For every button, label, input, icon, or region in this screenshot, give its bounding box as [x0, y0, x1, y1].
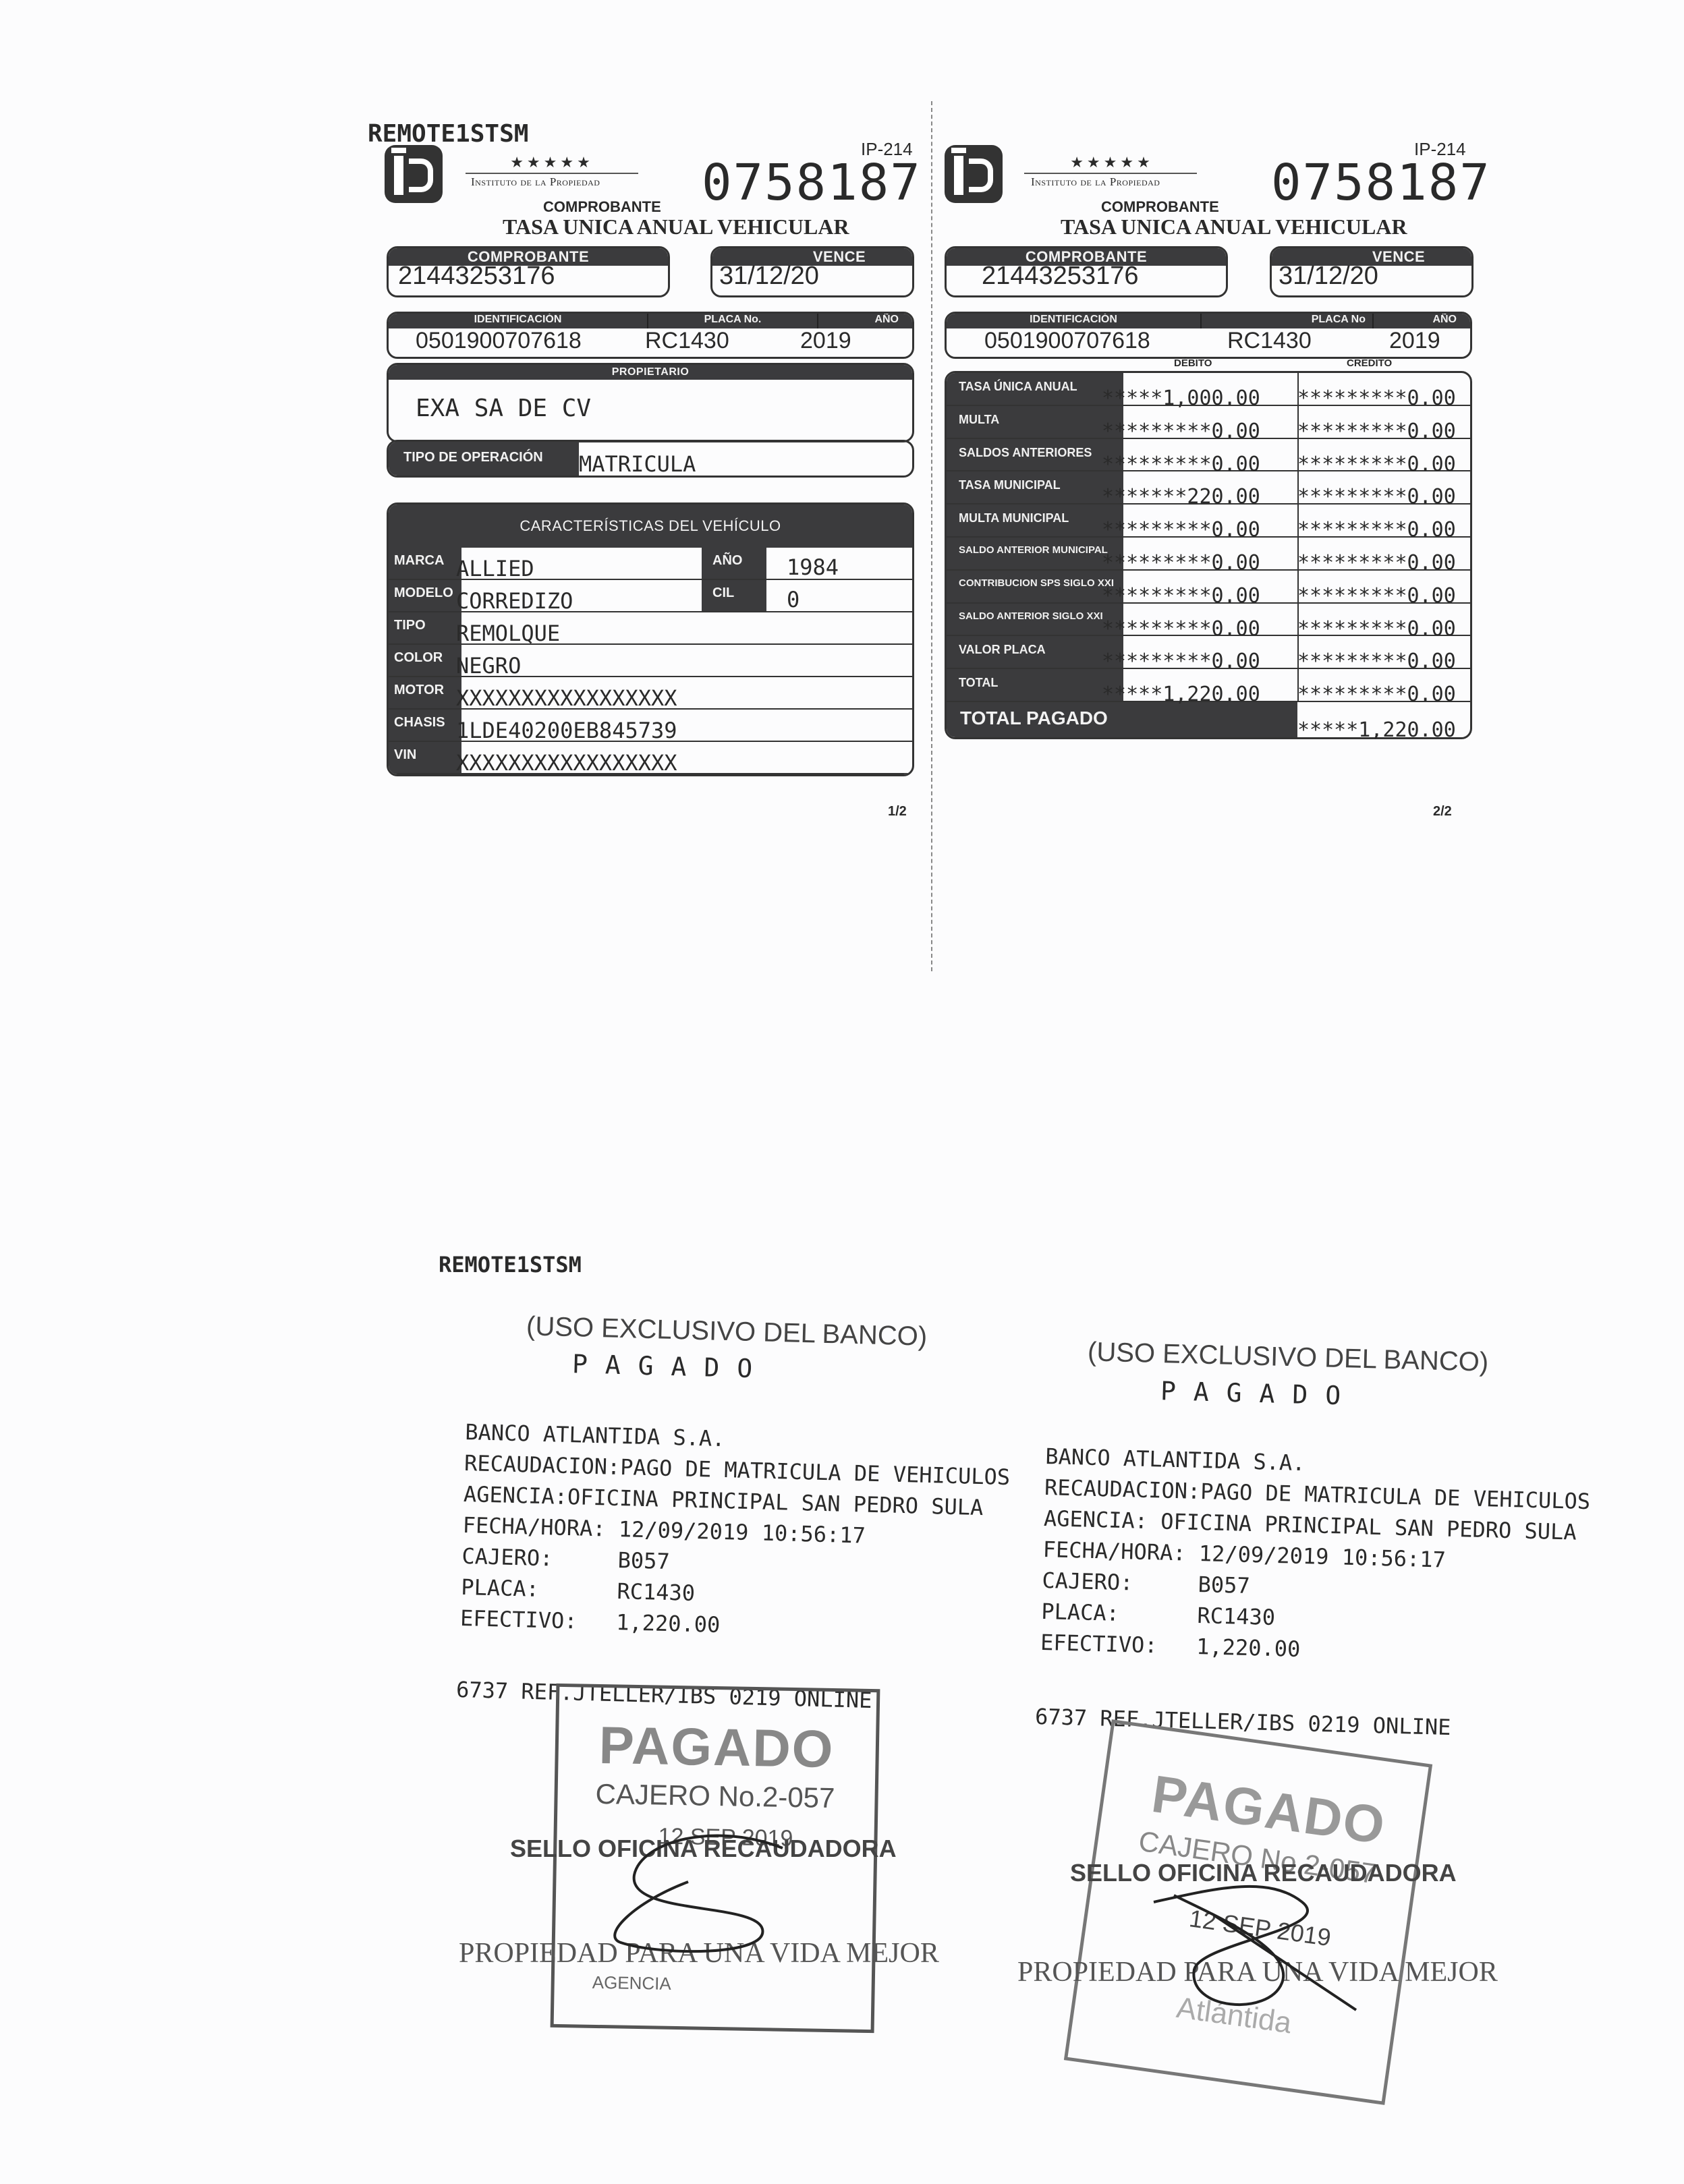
- propietario-label: PROPIETARIO: [389, 365, 912, 380]
- charge-label: TASA ÚNICA ANUAL: [959, 380, 1077, 394]
- voucher-title: TASA UNICA ANUAL VEHICULAR: [503, 214, 849, 239]
- page-number: 2/2: [1433, 804, 1452, 820]
- charge-credito: *********0.00: [1297, 650, 1456, 673]
- vence-field: VENCE 31/12/20: [1270, 246, 1473, 297]
- serial-number: 0758187: [702, 154, 922, 212]
- signature-icon: [1133, 1875, 1376, 2030]
- tipo-operacion-label: TIPO DE OPERACIÓN: [389, 442, 579, 476]
- identificacion-label: IDENTIFICACIÓN: [947, 314, 1200, 328]
- stars-icon: ★★★★★: [1031, 154, 1193, 171]
- comprobante-field: COMPROBANTE 21443253176: [387, 246, 670, 297]
- receipt-lines: BANCO ATLANTIDA S.A.RECAUDACION:PAGO DE …: [460, 1416, 1011, 1648]
- anio-label: AÑO: [1372, 314, 1470, 328]
- propietario-field: PROPIETARIO EXA SA DE CV: [387, 363, 914, 442]
- charge-credito: *********0.00: [1297, 683, 1456, 706]
- charge-label: SALDO ANTERIOR SIGLO XXI: [959, 610, 1103, 622]
- vehicle-row: VINXXXXXXXXXXXXXXXXX: [389, 742, 912, 774]
- anio-value: 2019: [1389, 328, 1470, 353]
- vehicle-field-value: CORREDIZO: [456, 588, 573, 614]
- page-number: 1/2: [888, 804, 907, 820]
- header-code: REMOTE1STSM: [368, 120, 528, 148]
- charge-credito: *********0.00: [1297, 485, 1456, 509]
- vehicle-field-label: VIN: [389, 742, 461, 773]
- vehicle-cil-value: 0: [787, 587, 799, 612]
- vehicle-field-value: XXXXXXXXXXXXXXXXX: [456, 685, 677, 711]
- voucher-title: TASA UNICA ANUAL VEHICULAR: [1061, 214, 1407, 239]
- header-code: REMOTE1STSM: [439, 1252, 582, 1277]
- propietario-value: EXA SA DE CV: [389, 380, 912, 422]
- vehicle-row: TIPOREMOLQUE: [389, 612, 912, 645]
- tipo-operacion-value: MATRICULA: [579, 442, 696, 476]
- stamp-title: PAGADO: [598, 1715, 835, 1780]
- identificacion-row: IDENTIFICACIÓN PLACA No AÑO 050190070761…: [945, 312, 1472, 359]
- vehicle-field-value: ALLIED: [456, 556, 534, 581]
- receipt-lines: BANCO ATLANTIDA S.A.RECAUDACION:PAGO DE …: [1040, 1441, 1592, 1672]
- pagado-label: PAGADO: [1160, 1376, 1358, 1411]
- comprobante-field: COMPROBANTE 21443253176: [945, 246, 1228, 297]
- vehicle-row: MODELOCORREDIZOCIL0: [389, 580, 912, 612]
- vehicle-row: CHASIS1LDE40200EB845739: [389, 710, 912, 742]
- stamp-agency: AGENCIA: [592, 1972, 671, 1994]
- vence-field: VENCE 31/12/20: [710, 246, 914, 297]
- identificacion-value: 0501900707618: [389, 328, 645, 353]
- comprobante-value: 21443253176: [389, 266, 668, 286]
- vehicle-field-value: XXXXXXXXXXXXXXXXX: [456, 750, 677, 776]
- charge-credito: *********0.00: [1297, 551, 1456, 575]
- charges-table: TASA ÚNICA ANUAL*****1,000.00*********0.…: [945, 371, 1472, 739]
- tipo-operacion-field: TIPO DE OPERACIÓN MATRICULA: [387, 440, 914, 478]
- vehicle-field-label: MARCA: [389, 548, 461, 579]
- characteristics-title: CARACTERÍSTICAS DEL VEHÍCULO: [389, 505, 912, 548]
- placa-label: PLACA No: [1200, 314, 1372, 328]
- institution-name: Instituto de la Propiedad: [471, 175, 600, 189]
- vehicle-cil-label: CIL: [702, 580, 766, 611]
- ip-logo-icon: [385, 145, 443, 203]
- vehicle-field-label: COLOR: [389, 645, 461, 676]
- charge-debito: *********0.00: [1102, 453, 1260, 476]
- serial-number: 0758187: [1271, 154, 1491, 212]
- signature-icon: [580, 1821, 796, 1956]
- uso-exclusivo: (USO EXCLUSIVO DEL BANCO): [1088, 1337, 1489, 1378]
- charge-debito: *****1,000.00: [1102, 386, 1260, 410]
- charge-label: MULTA MUNICIPAL: [959, 511, 1069, 525]
- vence-value: 31/12/20: [1272, 266, 1471, 286]
- subtitle: COMPROBANTE: [543, 198, 661, 216]
- charge-debito: *********0.00: [1102, 420, 1260, 443]
- charge-debito: *******220.00: [1102, 485, 1260, 509]
- anio-value: 2019: [780, 328, 912, 353]
- vehicle-row: MOTORXXXXXXXXXXXXXXXXX: [389, 677, 912, 710]
- uso-exclusivo: (USO EXCLUSIVO DEL BANCO): [526, 1311, 928, 1352]
- institution-name: Instituto de la Propiedad: [1031, 175, 1160, 189]
- identificacion-value: 0501900707618: [947, 328, 1227, 353]
- total-pagado-value: *****1,220.00: [1297, 718, 1456, 742]
- charge-debito: *********0.00: [1102, 650, 1260, 673]
- vehicle-row: MARCAALLIEDAÑO1984: [389, 548, 912, 580]
- credito-label: CRÉDITO: [1347, 357, 1392, 369]
- vehicle-field-label: MOTOR: [389, 677, 461, 708]
- vehicle-year-value: 1984: [787, 554, 839, 580]
- charge-credito: *********0.00: [1297, 386, 1456, 410]
- identificacion-row: IDENTIFICACIÓN PLACA No. AÑO 05019007076…: [387, 312, 914, 359]
- charge-debito: *********0.00: [1102, 584, 1260, 608]
- charge-credito: *********0.00: [1297, 518, 1456, 542]
- vence-value: 31/12/20: [712, 266, 912, 286]
- charge-credito: *********0.00: [1297, 617, 1456, 641]
- charge-debito: *********0.00: [1102, 617, 1260, 641]
- vehicle-year-label: AÑO: [702, 548, 766, 579]
- stars-icon: ★★★★★: [471, 154, 633, 171]
- vehicle-field-value: 1LDE40200EB845739: [456, 718, 677, 743]
- charge-debito: *****1,220.00: [1102, 683, 1260, 706]
- charge-label: TASA MUNICIPAL: [959, 478, 1061, 492]
- vehicle-field-label: TIPO: [389, 612, 461, 643]
- vehicle-row: COLORNEGRO: [389, 645, 912, 677]
- charge-credito: *********0.00: [1297, 584, 1456, 608]
- comprobante-value: 21443253176: [947, 266, 1226, 286]
- vehicle-field-label: CHASIS: [389, 710, 461, 741]
- total-pagado-label: TOTAL PAGADO: [960, 708, 1108, 729]
- charge-label: SALDOS ANTERIORES: [959, 446, 1092, 460]
- subtitle: COMPROBANTE: [1101, 198, 1219, 216]
- charge-label: SALDO ANTERIOR MUNICIPAL: [959, 544, 1108, 556]
- charge-label: CONTRIBUCION SPS SIGLO XXI: [959, 577, 1114, 589]
- ip-logo-icon: [945, 145, 1003, 203]
- charge-label: TOTAL: [959, 676, 998, 690]
- charge-label: MULTA: [959, 413, 999, 427]
- charge-debito: *********0.00: [1102, 518, 1260, 542]
- placa-label: PLACA No.: [647, 314, 817, 328]
- vehicle-field-value: REMOLQUE: [456, 621, 560, 646]
- vehicle-field-label: MODELO: [389, 580, 461, 611]
- stamp-cajero: CAJERO No.2-057: [595, 1778, 835, 1814]
- anio-label: AÑO: [817, 314, 912, 328]
- placa-value: RC1430: [645, 328, 780, 353]
- vehicle-characteristics: CARACTERÍSTICAS DEL VEHÍCULO MARCAALLIED…: [387, 502, 914, 776]
- charge-debito: *********0.00: [1102, 551, 1260, 575]
- charge-credito: *********0.00: [1297, 420, 1456, 443]
- pagado-label: PAGADO: [571, 1349, 770, 1384]
- ref-line: 6737 REF.JTELLER/IBS 0219 ONLINE: [1035, 1704, 1451, 1740]
- identificacion-label: IDENTIFICACIÓN: [389, 314, 647, 328]
- charge-label: VALOR PLACA: [959, 643, 1046, 657]
- vehicle-field-value: NEGRO: [456, 653, 521, 679]
- perforation-divider: [931, 101, 932, 971]
- charge-credito: *********0.00: [1297, 453, 1456, 476]
- placa-value: RC1430: [1227, 328, 1389, 353]
- debito-label: DÉBITO: [1174, 357, 1212, 369]
